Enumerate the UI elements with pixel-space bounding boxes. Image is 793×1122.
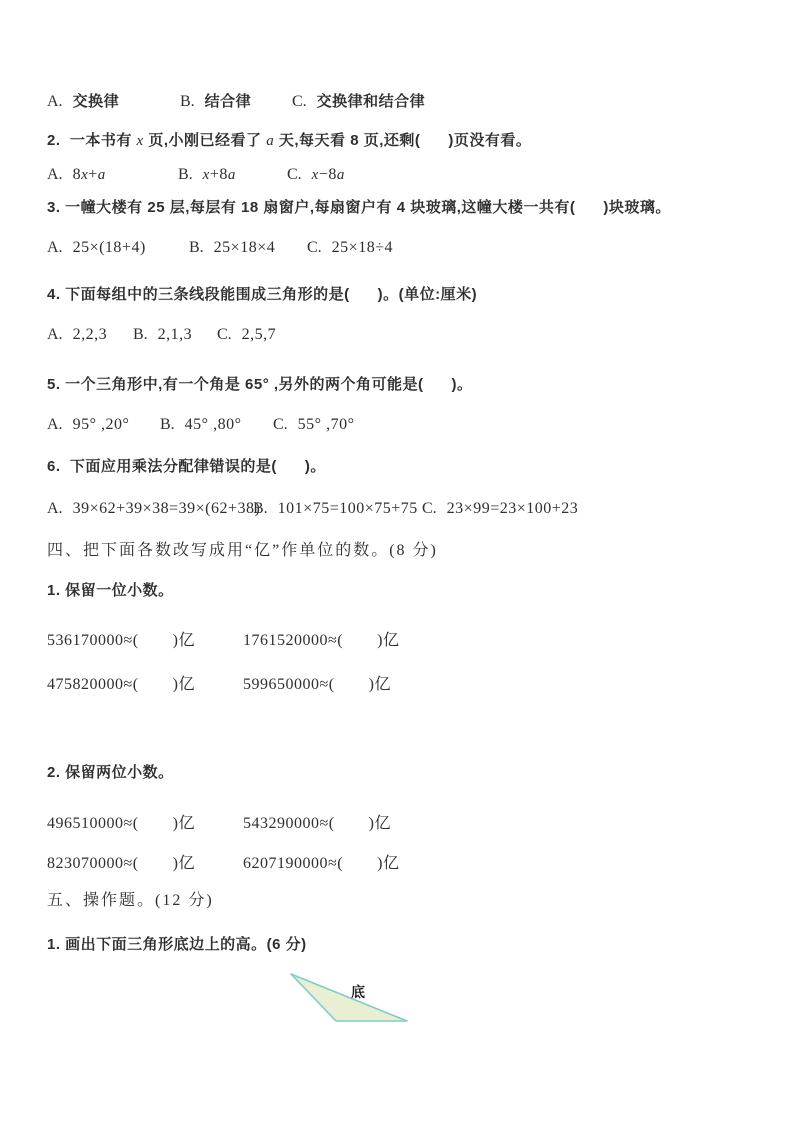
option-text: 2,5,7 xyxy=(242,326,277,343)
option-text: 2,2,3 xyxy=(73,326,108,343)
q5-option-b: B.45° ,80° xyxy=(160,416,241,434)
option-label: C. xyxy=(307,239,322,256)
option-text: 95° ,20° xyxy=(73,416,130,433)
section4-heading: 四、把下面各数改写成用“亿”作单位的数。(8 分) xyxy=(47,541,438,560)
option-text: 55° ,70° xyxy=(298,416,355,433)
approx-open: ≈( xyxy=(124,676,139,693)
approx-open: ≈( xyxy=(124,632,139,649)
option-label: A. xyxy=(47,239,63,256)
conversion-number: 536170000 xyxy=(47,632,124,649)
approx-open: ≈( xyxy=(320,676,335,693)
triangle-shape xyxy=(291,974,407,1021)
conversion-row-1: 536170000≈()亿 1761520000≈()亿 xyxy=(0,627,793,649)
option-text: 8 xyxy=(73,166,82,183)
q6-options-row: A.39×62+39×38=39×(62+38) B.101×75=100×75… xyxy=(0,500,793,522)
option-label: C. xyxy=(292,93,307,110)
conversion-cell: 496510000≈()亿 xyxy=(47,810,195,833)
q2-stem-text: 天,每天看 8 页,还剩( )页没有看。 xyxy=(274,132,531,149)
conversion-cell: 823070000≈()亿 xyxy=(47,850,195,873)
conversion-number: 1761520000 xyxy=(243,632,328,649)
approx-close: )亿 xyxy=(377,632,399,649)
q1-option-c: C.交换律和结合律 xyxy=(292,90,425,111)
variable-x: x xyxy=(203,167,210,183)
q4-stem: 4. 下面每组中的三条线段能围成三角形的是( )。(单位:厘米) xyxy=(47,286,477,304)
conversion-number: 6207190000 xyxy=(243,855,328,872)
variable-x: x xyxy=(137,133,144,149)
q4-options-row: A.2,2,3 B.2,1,3 C.2,5,7 xyxy=(0,326,793,348)
conversion-cell: 1761520000≈()亿 xyxy=(243,627,399,650)
section5-heading: 五、操作题。(12 分) xyxy=(47,891,214,910)
conversion-cell: 543290000≈()亿 xyxy=(243,810,391,833)
option-label: A. xyxy=(47,326,63,343)
option-text: 交换律和结合律 xyxy=(317,93,426,110)
variable-a: a xyxy=(98,167,106,183)
option-label: C. xyxy=(217,326,232,343)
q5-options-row: A.95° ,20° B.45° ,80° C.55° ,70° xyxy=(0,416,793,438)
option-text: 结合律 xyxy=(205,93,252,110)
q2-stem-text: 页,小刚已经看了 xyxy=(144,132,267,149)
approx-close: )亿 xyxy=(369,676,391,693)
option-label: B. xyxy=(180,93,195,110)
conversion-row-4: 823070000≈()亿 6207190000≈()亿 xyxy=(0,850,793,872)
option-label: B. xyxy=(133,326,148,343)
option-label: B. xyxy=(160,416,175,433)
approx-close: )亿 xyxy=(173,632,195,649)
q5-option-a: A.95° ,20° xyxy=(47,416,129,434)
q4-option-b: B.2,1,3 xyxy=(133,326,192,344)
option-text: 25×18×4 xyxy=(214,239,276,256)
option-text: 39×62+39×38=39×(62+38) xyxy=(73,500,261,517)
approx-open: ≈( xyxy=(328,632,343,649)
option-text: 交换律 xyxy=(73,93,120,110)
q3-option-a: A.25×(18+4) xyxy=(47,239,146,257)
conversion-number: 475820000 xyxy=(47,676,124,693)
triangle-base-label: 底 xyxy=(351,984,365,1000)
approx-close: )亿 xyxy=(377,855,399,872)
option-text: 25×18÷4 xyxy=(332,239,393,256)
q4-option-a: A.2,2,3 xyxy=(47,326,107,344)
conversion-cell: 475820000≈()亿 xyxy=(47,671,195,694)
q3-option-b: B.25×18×4 xyxy=(189,239,275,257)
option-text: −8 xyxy=(319,166,337,183)
section4-item1: 1. 保留一位小数。 xyxy=(47,582,174,600)
option-text: 45° ,80° xyxy=(185,416,242,433)
option-label: B. xyxy=(178,166,193,183)
approx-close: )亿 xyxy=(173,815,195,832)
approx-close: )亿 xyxy=(173,676,195,693)
section5-item1: 1. 画出下面三角形底边上的高。(6 分) xyxy=(47,936,307,954)
approx-open: ≈( xyxy=(124,855,139,872)
triangle-figure: 底 xyxy=(265,958,435,1033)
option-text: 23×99=23×100+23 xyxy=(447,500,579,517)
conversion-row-2: 475820000≈()亿 599650000≈()亿 xyxy=(0,671,793,693)
q1-options-row: A.交换律 B.结合律 C.交换律和结合律 xyxy=(0,90,793,112)
approx-close: )亿 xyxy=(173,855,195,872)
q6-stem: 6. 下面应用乘法分配律错误的是( )。 xyxy=(47,458,326,476)
conversion-cell: 6207190000≈()亿 xyxy=(243,850,399,873)
approx-open: ≈( xyxy=(328,855,343,872)
q1-option-b: B.结合律 xyxy=(180,90,251,111)
q2-stem-text: 2. 一本书有 xyxy=(47,132,137,149)
approx-open: ≈( xyxy=(320,815,335,832)
q5-option-c: C.55° ,70° xyxy=(273,416,354,434)
variable-x: x xyxy=(312,167,319,183)
option-text: + xyxy=(88,166,98,183)
q6-option-b: B.101×75=100×75+75 xyxy=(253,500,418,518)
variable-a: a xyxy=(266,133,274,149)
option-label: C. xyxy=(273,416,288,433)
option-label: C. xyxy=(287,166,302,183)
q3-options-row: A.25×(18+4) B.25×18×4 C.25×18÷4 xyxy=(0,239,793,261)
conversion-number: 543290000 xyxy=(243,815,320,832)
q3-option-c: C.25×18÷4 xyxy=(307,239,393,257)
q6-option-a: A.39×62+39×38=39×(62+38) xyxy=(47,500,260,518)
q2-options-row: A.8x+a B.x+8a C.x−8a xyxy=(0,166,793,188)
option-label: A. xyxy=(47,416,63,433)
conversion-number: 496510000 xyxy=(47,815,124,832)
q5-stem: 5. 一个三角形中,有一个角是 65° ,另外的两个角可能是( )。 xyxy=(47,376,473,394)
q2-stem: 2. 一本书有 x 页,小刚已经看了 a 天,每天看 8 页,还剩( )页没有看… xyxy=(47,132,531,150)
variable-a: a xyxy=(228,167,236,183)
option-label: C. xyxy=(422,500,437,517)
conversion-row-3: 496510000≈()亿 543290000≈()亿 xyxy=(0,810,793,832)
option-label: B. xyxy=(253,500,268,517)
q6-option-c: C.23×99=23×100+23 xyxy=(422,500,578,518)
q4-option-c: C.2,5,7 xyxy=(217,326,276,344)
approx-close: )亿 xyxy=(369,815,391,832)
option-label: A. xyxy=(47,166,63,183)
option-text: +8 xyxy=(210,166,228,183)
q1-option-a: A.交换律 xyxy=(47,90,119,111)
q2-option-a: A.8x+a xyxy=(47,166,106,184)
exam-page: A.交换律 B.结合律 C.交换律和结合律 2. 一本书有 x 页,小刚已经看了… xyxy=(0,0,793,1122)
option-text: 101×75=100×75+75 xyxy=(278,500,418,517)
conversion-cell: 599650000≈()亿 xyxy=(243,671,391,694)
q2-option-b: B.x+8a xyxy=(178,166,236,184)
option-label: A. xyxy=(47,93,63,110)
section4-item2: 2. 保留两位小数。 xyxy=(47,764,174,782)
option-text: 25×(18+4) xyxy=(73,239,146,256)
q2-option-c: C.x−8a xyxy=(287,166,345,184)
q3-stem: 3. 一幢大楼有 25 层,每层有 18 扇窗户,每扇窗户有 4 块玻璃,这幢大… xyxy=(47,199,671,217)
conversion-number: 823070000 xyxy=(47,855,124,872)
approx-open: ≈( xyxy=(124,815,139,832)
option-text: 2,1,3 xyxy=(158,326,193,343)
variable-a: a xyxy=(337,167,345,183)
option-label: A. xyxy=(47,500,63,517)
option-label: B. xyxy=(189,239,204,256)
conversion-cell: 536170000≈()亿 xyxy=(47,627,195,650)
conversion-number: 599650000 xyxy=(243,676,320,693)
